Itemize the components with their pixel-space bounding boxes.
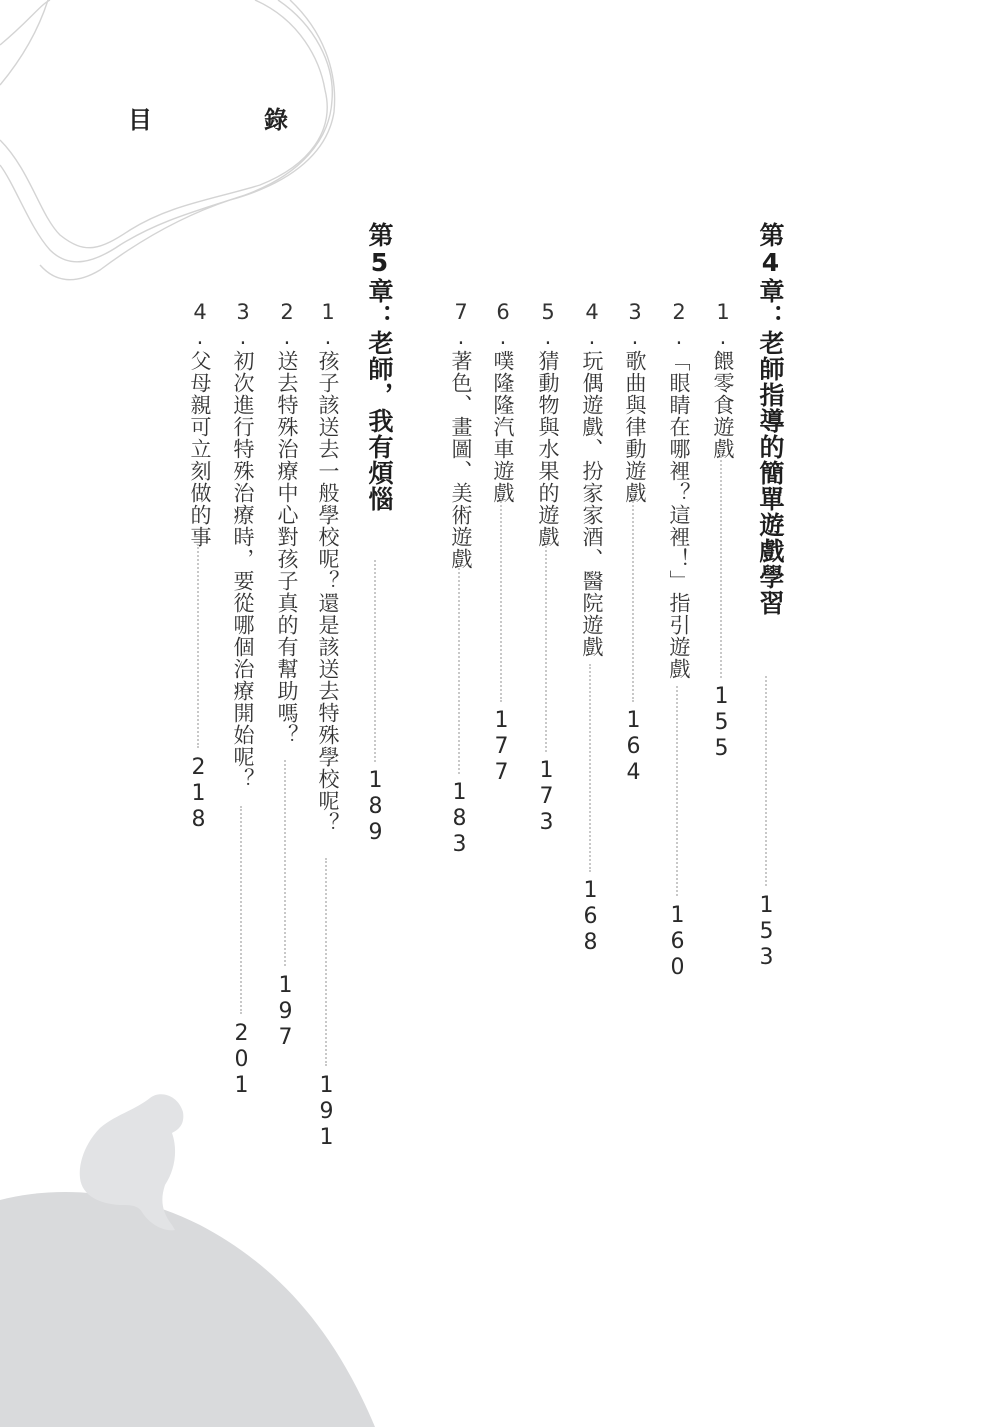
dot-leader	[720, 452, 722, 678]
dot-leader	[240, 806, 242, 1014]
dot-leader	[632, 494, 634, 702]
entry-label: 5.猜動物與水果的遊戲	[533, 300, 563, 548]
page-number: 153	[754, 893, 779, 971]
page-number: 201	[229, 1021, 254, 1099]
entry-label: 2.「眼睛在哪裡？這裡！」指引遊戲	[664, 300, 694, 680]
page-number: 173	[534, 758, 559, 836]
entry-label: 6.噗隆隆汽車遊戲	[488, 300, 518, 504]
dot-leader	[545, 542, 547, 752]
entry-label: 7.著色、畫圖、美術遊戲	[446, 300, 476, 570]
page-number: 197	[273, 973, 298, 1051]
entry-label: 2.送去特殊治療中心對孩子真的有幫助嗎？	[272, 300, 302, 746]
entry-label: 3.歌曲與律動遊戲	[620, 300, 650, 504]
page-title: 目 錄	[128, 100, 332, 135]
dot-leader	[374, 560, 376, 762]
page-number: 160	[665, 903, 690, 981]
entry-label: 1.餵零食遊戲	[708, 300, 738, 460]
chapter-title: 第4章：老師指導的簡單遊戲學習	[752, 222, 788, 616]
dot-leader	[676, 686, 678, 896]
chapter-title: 第5章：老師，我有煩惱	[361, 222, 397, 512]
entry-label: 1.孩子該送去一般學校呢？還是該送去特殊學校呢？	[313, 300, 343, 834]
page-number: 191	[314, 1073, 339, 1151]
entry-label: 4.父母親可立刻做的事	[185, 300, 215, 548]
entry-label: 3.初次進行特殊治療時，要從哪個治療開始呢？	[228, 300, 258, 790]
page-number: 168	[578, 878, 603, 956]
sitting-figure	[80, 1094, 184, 1230]
dot-leader	[197, 544, 199, 748]
page-number: 155	[709, 684, 734, 762]
page-number: 164	[621, 708, 646, 786]
dot-leader	[284, 760, 286, 966]
hill-shape	[0, 1192, 375, 1427]
page-number: 189	[363, 768, 388, 846]
page-number: 183	[447, 780, 472, 858]
entry-label: 4.玩偶遊戲、扮家家酒、醫院遊戲	[577, 300, 607, 658]
dot-leader	[458, 564, 460, 774]
dot-leader	[589, 664, 591, 872]
dot-leader	[765, 676, 767, 886]
dot-leader	[500, 498, 502, 702]
page-number: 218	[186, 755, 211, 833]
dot-leader	[325, 858, 327, 1066]
page-number: 177	[489, 708, 514, 786]
